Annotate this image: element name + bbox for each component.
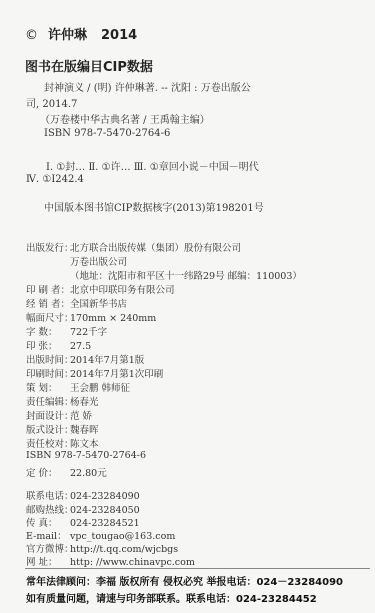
info-row-layout-design: 版式设计：魏春晖 (26, 422, 99, 436)
publisher-label: 出版发行： (26, 240, 70, 254)
info-row-sheets: 印 张：27.5 (26, 338, 91, 352)
info-row-format: 幅面尺寸：170mm × 240mm (26, 310, 156, 324)
cip-title: 图书在版编目CIP数据 (25, 56, 153, 75)
contact-mail-order: 邮购热线：024-23284050 (26, 502, 140, 516)
copyright-line: ©许仲琳2014 (25, 24, 137, 43)
publisher-imprint: 万卷出版公司 (70, 257, 127, 268)
info-row-planner: 策 划：王会鹏 韩师征 (26, 380, 130, 394)
info-row-print-date: 印刷时间：2014年7月第1次印刷 (26, 366, 163, 380)
cip-classification-2: Ⅳ. ①I242.4 (26, 174, 84, 185)
publisher-address: （地址：沈阳市和平区十一纬路29号 邮编：110003） (70, 271, 302, 282)
copyright-page: ©许仲琳2014 图书在版编目CIP数据 封神演义 / (明) 许仲琳著. --… (0, 0, 375, 613)
info-row-word-count: 字 数：722千字 (26, 324, 107, 338)
publisher-row-2: 万卷出版公司 (26, 254, 127, 268)
copyright-year: 2014 (101, 28, 137, 43)
publisher-row: 出版发行：北方联合出版传媒（集团）股份有限公司 (26, 240, 241, 254)
cip-line-1: 封神演义 / (明) 许仲琳著. -- 沈阳 : 万卷出版公 (44, 79, 251, 94)
cip-record-number: 中国版本图书馆CIP数据核字(2013)第198201号 (44, 199, 264, 214)
info-row-pub-date: 出版时间：2014年7月第1版 (26, 352, 144, 366)
contact-weibo: 官方微博：http://t.qq.com/wjcbgs (26, 541, 178, 555)
footer-quality: 如有质量问题，请速与印务部联系。联系电话：024-23284452 (26, 590, 317, 605)
info-row-price: 定 价：22.80元 (26, 465, 107, 479)
divider (25, 568, 370, 569)
info-row-proofreader: 责任校对：陈文本 (26, 436, 99, 450)
contact-fax: 传 真：024-23284521 (26, 515, 140, 529)
publisher-row-3: （地址：沈阳市和平区十一纬路29号 邮编：110003） (26, 268, 302, 282)
contact-phone: 联系电话：024-23284090 (26, 488, 140, 502)
info-row-cover-design: 封面设计：范 娇 (26, 408, 92, 422)
info-row-printer: 印 刷 者：北京中印联印务有限公司 (26, 282, 175, 296)
footer-legal: 常年法律顾问：李福 版权所有 侵权必究 举报电话：024－23284090 (26, 573, 343, 588)
info-row-editor: 责任编辑：杨春光 (26, 394, 99, 408)
copyright-symbol: © (25, 28, 38, 43)
cip-classification: Ⅰ. ①封… Ⅱ. ①许… Ⅲ. ①章回小说－中国－明代 (46, 158, 259, 173)
copyright-author: 许仲琳 (48, 28, 87, 43)
cip-line-3: （万卷楼中华古典名著 / 王禹翰主编） (40, 111, 210, 126)
cip-isbn: ISBN 978-7-5470-2764-6 (44, 128, 170, 139)
info-row-isbn: ISBN 978-7-5470-2764-6 (26, 450, 146, 461)
cip-line-2: 司, 2014.7 (26, 95, 77, 110)
publisher-name: 北方联合出版传媒（集团）股份有限公司 (70, 243, 241, 254)
info-row-distributor: 经 销 者：全国新华书店 (26, 296, 127, 310)
contact-email: E-mail：vpc_tougao@163.com (26, 528, 175, 542)
contact-website: 网 址：http: //www.chinavpc.com (26, 554, 195, 568)
